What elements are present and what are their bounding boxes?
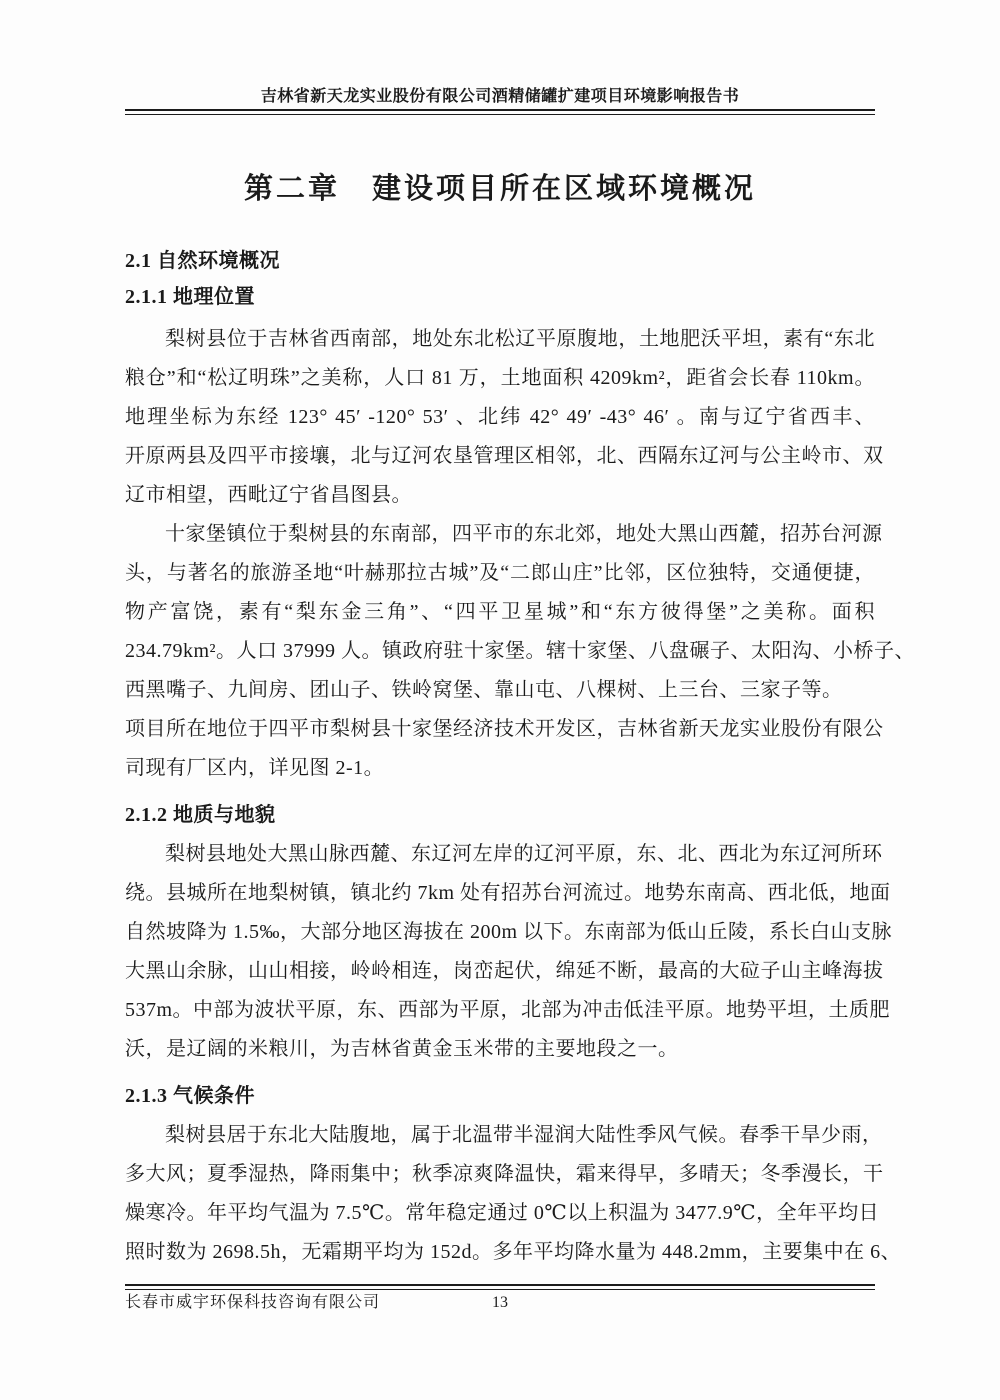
section-heading-2-1: 2.1 自然环境概况 [125, 242, 875, 281]
text-line: 梨树县地处大黑山脉西麓、东辽河左岸的辽河平原，东、北、西北为东辽河所环 [125, 835, 875, 874]
paragraph-climate: 梨树县居于东北大陆腹地，属于北温带半湿润大陆性季风气候。春季干旱少雨， 多大风；… [125, 1116, 875, 1272]
text-line: 梨树县位于吉林省西南部，地处东北松辽平原腹地，土地肥沃平坦，素有“东北 [125, 320, 875, 359]
footer-company-name: 长春市威宇环保科技咨询有限公司 [125, 1290, 380, 1316]
text-line: 照时数为 2698.5h，无霜期平均为 152d。多年平均降水量为 448.2m… [125, 1233, 875, 1272]
chapter-title: 第二章 建设项目所在区域环境概况 [0, 168, 1000, 210]
text-line: 粮仓”和“松辽明珠”之美称，人口 81 万，土地面积 4209km²，距省会长春… [125, 359, 875, 398]
paragraph-geography-2: 十家堡镇位于梨树县的东南部，四平市的东北郊，地处大黑山西麓，招苏台河源 头，与著… [125, 515, 875, 710]
paragraph-project-location: 项目所在地位于四平市梨树县十家堡经济技术开发区，吉林省新天龙实业股份有限公 司现… [125, 710, 875, 788]
text-line: 绕。县城所在地梨树镇，镇北约 7km 处有招苏台河流过。地势东南高、西北低，地面 [125, 874, 875, 913]
text-line: 梨树县居于东北大陆腹地，属于北温带半湿润大陆性季风气候。春季干旱少雨， [125, 1116, 875, 1155]
text-line: 物产富饶，素有“梨东金三角”、“四平卫星城”和“东方彼得堡”之美称。面积 [125, 593, 875, 632]
text-line: 司现有厂区内，详见图 2-1。 [125, 749, 875, 788]
text-line: 地理坐标为东经 123° 45′ -120° 53′ 、北纬 42° 49′ -… [125, 398, 875, 437]
text-line: 多大风；夏季湿热，降雨集中；秋季凉爽降温快，霜来得早，多晴天；冬季漫长，干 [125, 1155, 875, 1194]
text-line: 自然坡降为 1.5‰，大部分地区海拔在 200m 以下。东南部为低山丘陵，系长白… [125, 913, 875, 952]
paragraph-geology: 梨树县地处大黑山脉西麓、东辽河左岸的辽河平原，东、北、西北为东辽河所环 绕。县城… [125, 835, 875, 1069]
document-page: 吉林省新天龙实业股份有限公司酒精储罐扩建项目环境影响报告书 第二章 建设项目所在… [0, 0, 1000, 1400]
text-line: 大黑山余脉，山山相接，岭岭相连，岗峦起伏，绵延不断，最高的大砬子山主峰海拔 [125, 952, 875, 991]
text-line: 项目所在地位于四平市梨树县十家堡经济技术开发区，吉林省新天龙实业股份有限公 [125, 710, 875, 749]
text-line: 西黑嘴子、九间房、团山子、铁岭窝堡、靠山屯、八棵树、上三台、三家子等。 [125, 671, 875, 710]
text-line: 辽市相望，西毗辽宁省昌图县。 [125, 476, 875, 515]
body-content: 梨树县位于吉林省西南部，地处东北松辽平原腹地，土地肥沃平坦，素有“东北 粮仓”和… [125, 320, 875, 1272]
page-footer: 13 长春市威宇环保科技咨询有限公司 [125, 1290, 875, 1316]
text-line: 开原两县及四平市接壤，北与辽河农垦管理区相邻，北、西隔东辽河与公主岭市、双 [125, 437, 875, 476]
section-heading-2-1-1: 2.1.1 地理位置 [125, 278, 875, 317]
paragraph-geography-1: 梨树县位于吉林省西南部，地处东北松辽平原腹地，土地肥沃平坦，素有“东北 粮仓”和… [125, 320, 875, 515]
text-line: 234.79km²。人口 37999 人。镇政府驻十家堡。辖十家堡、八盘碾子、太… [125, 632, 875, 671]
text-line: 头，与著名的旅游圣地“叶赫那拉古城”及“二郎山庄”比邻，区位独特，交通便捷， [125, 554, 875, 593]
running-header-title: 吉林省新天龙实业股份有限公司酒精储罐扩建项目环境影响报告书 [125, 83, 875, 106]
section-heading-2-1-3: 2.1.3 气候条件 [125, 1077, 875, 1116]
text-line: 燥寒冷。年平均气温为 7.5℃。常年稳定通过 0℃以上积温为 3477.9℃，全… [125, 1194, 875, 1233]
text-line: 537m。中部为波状平原，东、西部为平原，北部为冲击低洼平原。地势平坦，土质肥 [125, 991, 875, 1030]
text-line: 十家堡镇位于梨树县的东南部，四平市的东北郊，地处大黑山西麓，招苏台河源 [125, 515, 875, 554]
text-line: 沃，是辽阔的米粮川，为吉林省黄金玉米带的主要地段之一。 [125, 1030, 875, 1069]
section-heading-2-1-2: 2.1.2 地质与地貌 [125, 796, 875, 835]
header-rule [125, 109, 875, 115]
